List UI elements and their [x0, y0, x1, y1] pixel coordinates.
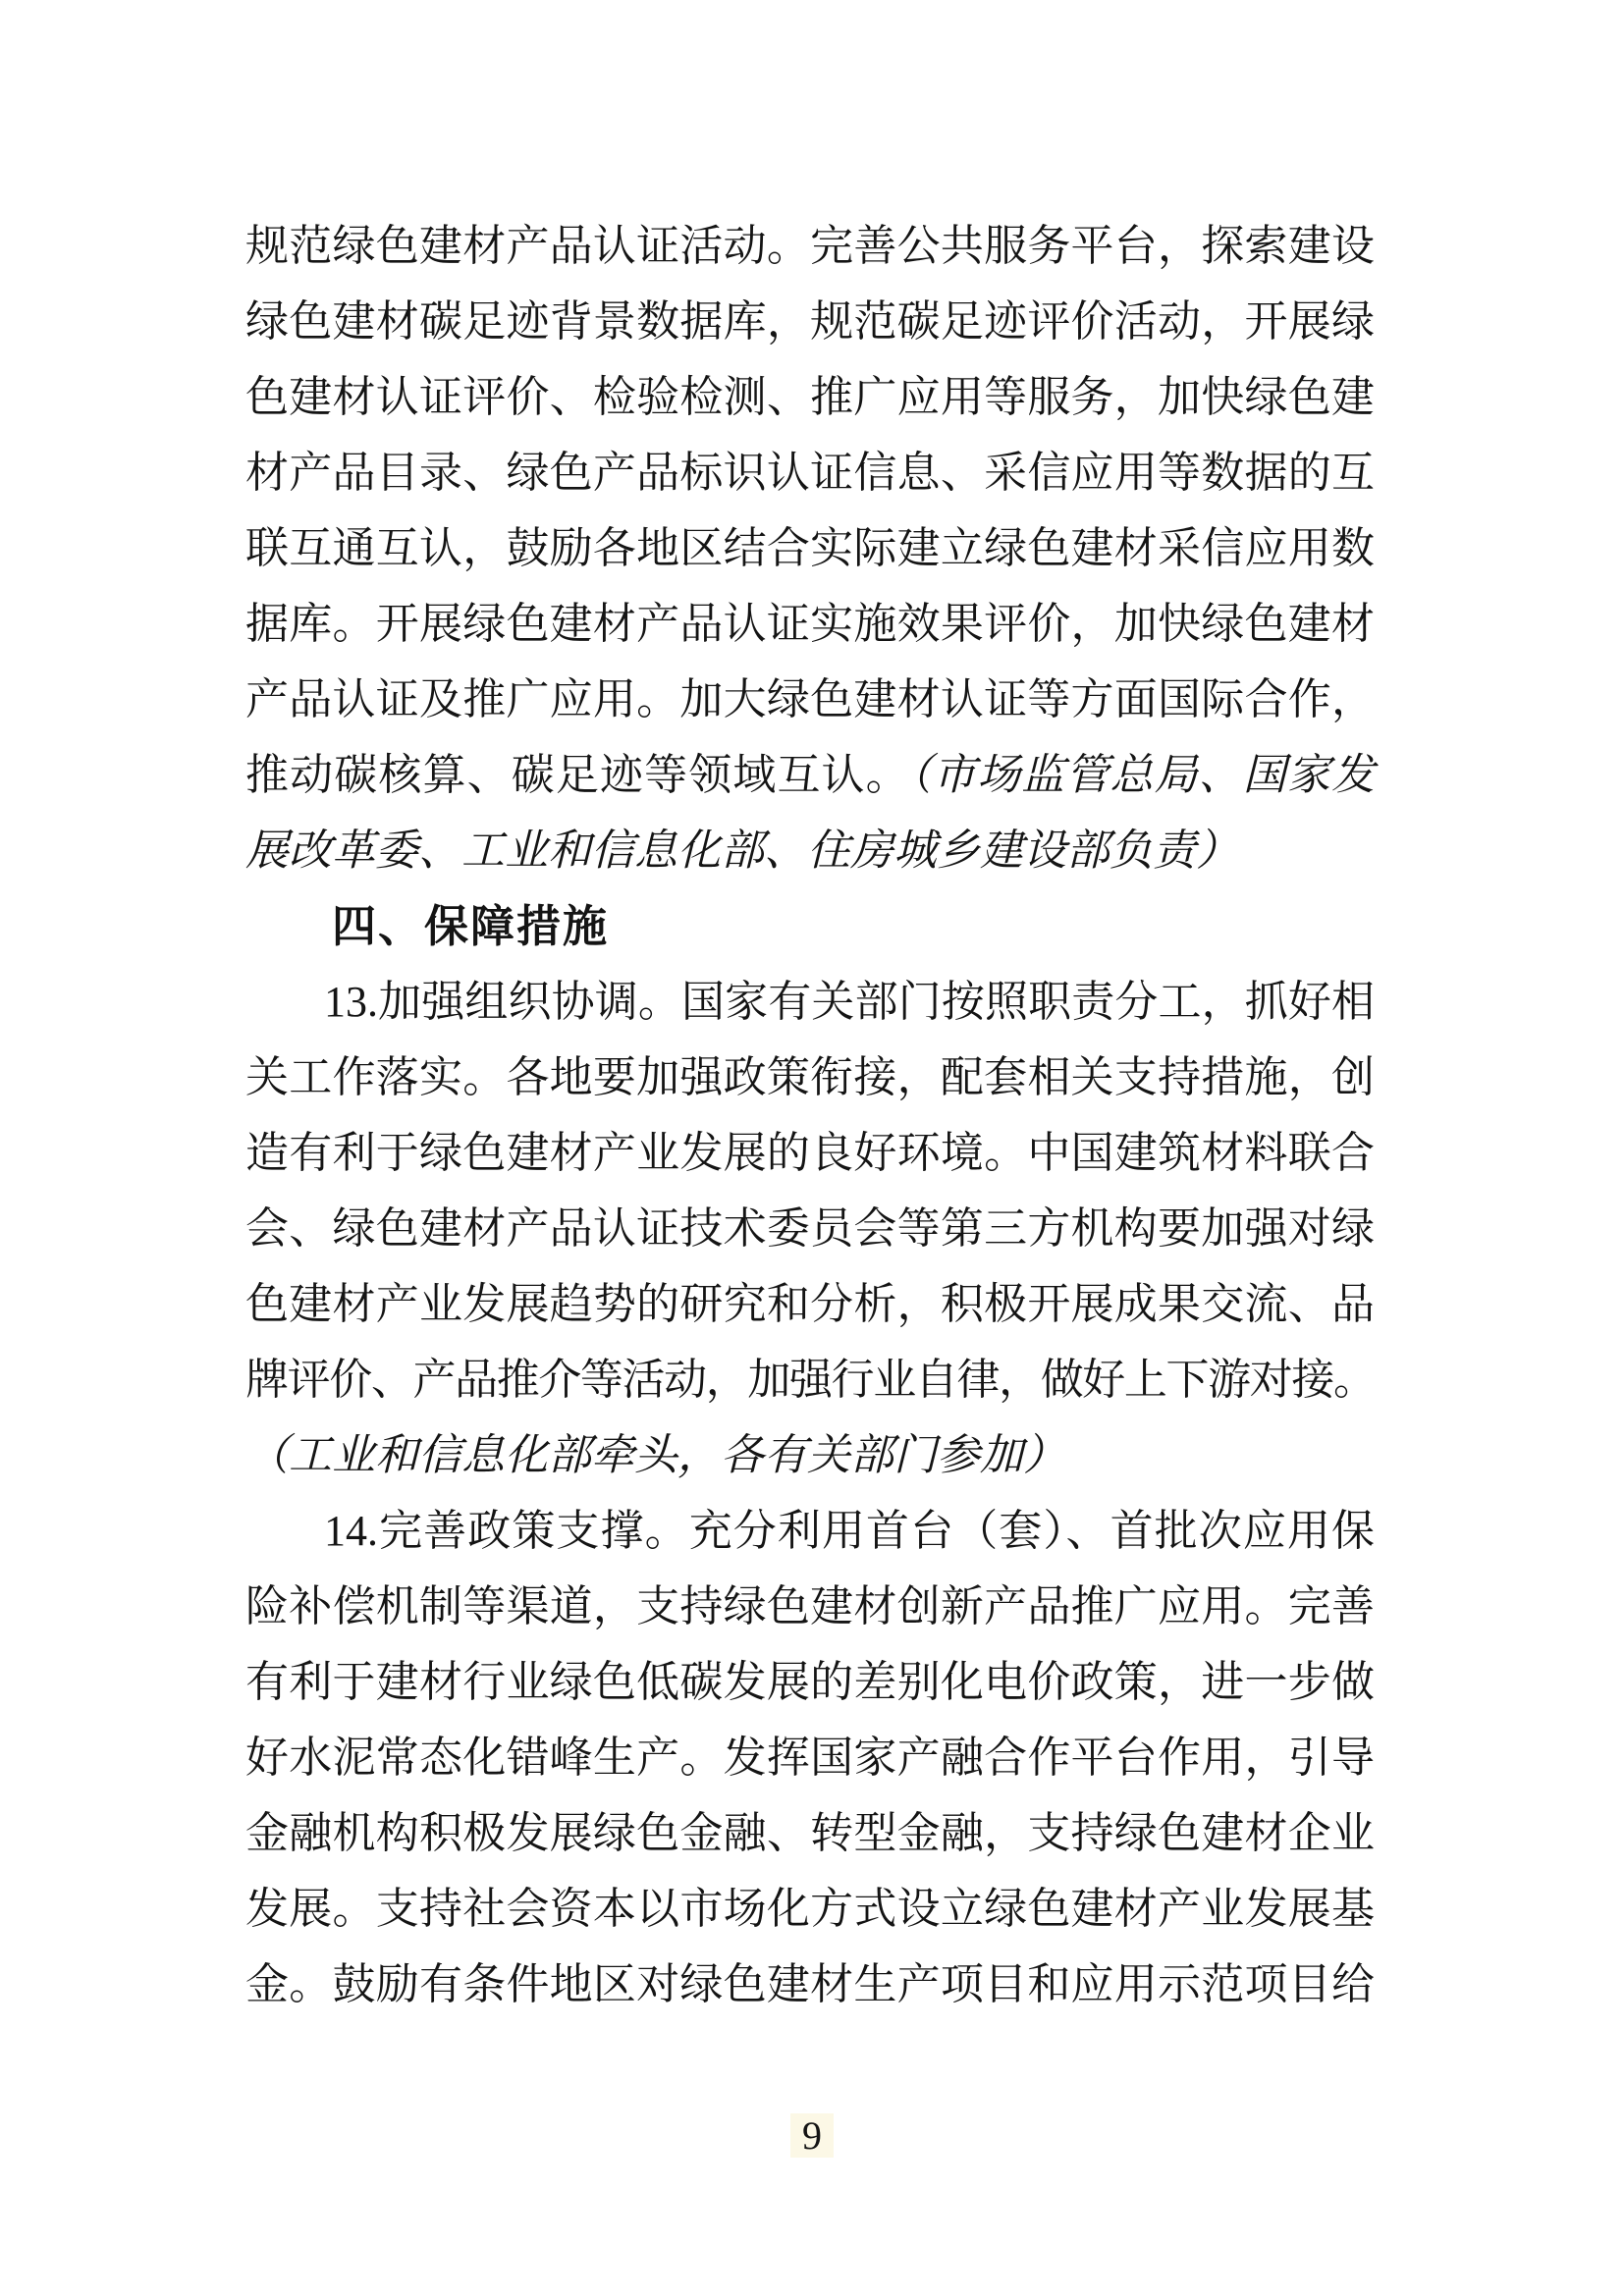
item-13-lead-line: 13.加强组织协调。国家有关部门按照职责分工，抓好相 [245, 964, 1375, 1040]
body-line: 联互通互认，鼓励各地区结合实际建立绿色建材采信应用数 [245, 510, 1375, 586]
document-page: 规范绿色建材产品认证活动。完善公共服务平台，探索建设 绿色建材碳足迹背景数据库，… [0, 0, 1624, 2296]
body-line: 绿色建材碳足迹背景数据库，规范碳足迹评价活动，开展绿 [245, 284, 1375, 359]
text-run: 关工作落实。各地要加强政策衔接，配套相关支持措施，创 [245, 1053, 1375, 1101]
text-run: 会、绿色建材产品认证技术委员会等第三方机构要加强对绿 [245, 1204, 1375, 1253]
section-heading-text: 四、保障措施 [332, 901, 609, 951]
responsible-departments-run: （工业和信息化部牵头，各有关部门参加） [245, 1431, 1066, 1479]
page-number-value: 9 [790, 2113, 834, 2158]
responsible-departments-line: （工业和信息化部牵头，各有关部门参加） [245, 1417, 1375, 1493]
page-number: 9 [0, 2110, 1624, 2162]
text-run: 13.加强组织协调。国家有关部门按照职责分工，抓好相 [324, 978, 1375, 1026]
body-line: 金。鼓励有条件地区对绿色建材生产项目和应用示范项目给 [245, 1947, 1375, 2022]
text-run: 金融机构积极发展绿色金融、转型金融，支持绿色建材企业 [245, 1809, 1375, 1857]
responsible-departments-run: （市场监管总局、国家发 [910, 751, 1375, 799]
text-run: 色建材产业发展趋势的研究和分析，积极开展成果交流、品 [245, 1280, 1375, 1328]
body-line: 好水泥常态化错峰生产。发挥国家产融合作平台作用，引导 [245, 1720, 1375, 1795]
text-run: 发展。支持社会资本以市场化方式设立绿色建材产业发展基 [245, 1885, 1375, 1933]
text-run: 14.完善政策支撑。充分利用首台（套）、首批次应用保 [324, 1507, 1375, 1555]
body-line: 据库。开展绿色建材产品认证实施效果评价，加快绿色建材 [245, 586, 1375, 662]
text-run: 材产品目录、绿色产品标识认证信息、采信应用等数据的互 [245, 449, 1375, 497]
body-line-mixed: 推动碳核算、碳足迹等领域互认。（市场监管总局、国家发 [245, 737, 1375, 813]
body-line: 险补偿机制等渠道，支持绿色建材创新产品推广应用。完善 [245, 1569, 1375, 1644]
text-run: 险补偿机制等渠道，支持绿色建材创新产品推广应用。完善 [245, 1582, 1375, 1630]
text-run: 据库。开展绿色建材产品认证实施效果评价，加快绿色建材 [245, 600, 1375, 648]
body-line: 会、绿色建材产品认证技术委员会等第三方机构要加强对绿 [245, 1191, 1375, 1266]
body-line: 关工作落实。各地要加强政策衔接，配套相关支持措施，创 [245, 1040, 1375, 1115]
body-line: 色建材产业发展趋势的研究和分析，积极开展成果交流、品 [245, 1266, 1375, 1342]
document-body: 规范绿色建材产品认证活动。完善公共服务平台，探索建设 绿色建材碳足迹背景数据库，… [245, 208, 1375, 2022]
item-14-lead-line: 14.完善政策支撑。充分利用首台（套）、首批次应用保 [245, 1493, 1375, 1569]
body-line: 规范绿色建材产品认证活动。完善公共服务平台，探索建设 [245, 208, 1375, 284]
text-run: 好水泥常态化错峰生产。发挥国家产融合作平台作用，引导 [245, 1734, 1375, 1782]
body-line: 材产品目录、绿色产品标识认证信息、采信应用等数据的互 [245, 435, 1375, 510]
text-run: 有利于建材行业绿色低碳发展的差别化电价政策，进一步做 [245, 1658, 1375, 1706]
body-line: 金融机构积极发展绿色金融、转型金融，支持绿色建材企业 [245, 1795, 1375, 1871]
text-run: 推动碳核算、碳足迹等领域互认。 [245, 751, 910, 799]
body-line: 产品认证及推广应用。加大绿色建材认证等方面国际合作， [245, 662, 1375, 737]
body-line: 发展。支持社会资本以市场化方式设立绿色建材产业发展基 [245, 1871, 1375, 1947]
text-run: 色建材认证评价、检验检测、推广应用等服务，加快绿色建 [245, 373, 1375, 421]
body-line: 色建材认证评价、检验检测、推广应用等服务，加快绿色建 [245, 359, 1375, 435]
text-run: 牌评价、产品推介等活动，加强行业自律，做好上下游对接。 [245, 1356, 1375, 1404]
body-line: 有利于建材行业绿色低碳发展的差别化电价政策，进一步做 [245, 1644, 1375, 1720]
text-run: 金。鼓励有条件地区对绿色建材生产项目和应用示范项目给 [245, 1960, 1375, 2008]
text-run: 产品认证及推广应用。加大绿色建材认证等方面国际合作， [245, 675, 1375, 723]
text-run: 绿色建材碳足迹背景数据库，规范碳足迹评价活动，开展绿 [245, 297, 1375, 346]
body-line: 牌评价、产品推介等活动，加强行业自律，做好上下游对接。 [245, 1342, 1375, 1417]
text-run: 造有利于绿色建材产业发展的良好环境。中国建筑材料联合 [245, 1129, 1375, 1177]
text-run: 规范绿色建材产品认证活动。完善公共服务平台，探索建设 [245, 222, 1375, 270]
section-heading: 四、保障措施 [245, 888, 1375, 964]
responsible-departments-line: 展改革委、工业和信息化部、住房城乡建设部负责） [245, 813, 1375, 888]
body-line: 造有利于绿色建材产业发展的良好环境。中国建筑材料联合 [245, 1115, 1375, 1191]
responsible-departments-run: 展改革委、工业和信息化部、住房城乡建设部负责） [245, 827, 1239, 875]
text-run: 联互通互认，鼓励各地区结合实际建立绿色建材采信应用数 [245, 524, 1375, 572]
